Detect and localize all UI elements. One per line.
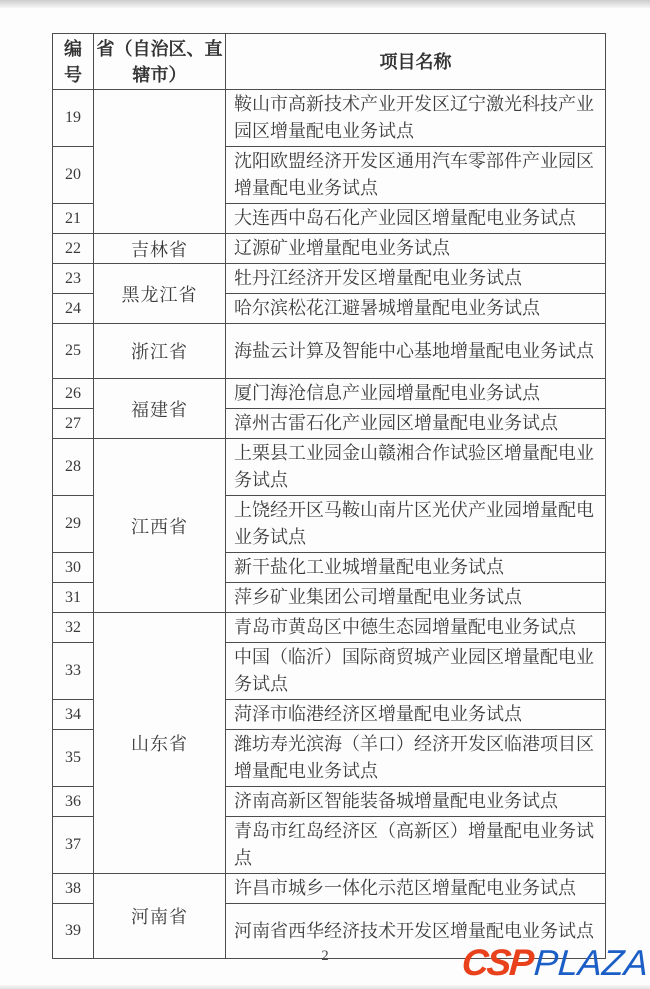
- project-cell: 菏泽市临港经济区增量配电业务试点: [226, 700, 606, 730]
- row-number-cell: 27: [53, 409, 94, 439]
- table-row: 25 浙江省 海盐云计算及智能中心基地增量配电业务试点: [53, 324, 606, 379]
- table-header-row: 编号 省（自治区、直辖市） 项目名称: [53, 34, 606, 90]
- province-cell: 黑龙江省: [94, 264, 226, 324]
- project-cell: 萍乡矿业集团公司增量配电业务试点: [226, 583, 606, 613]
- row-number-cell: 35: [53, 730, 94, 787]
- table-row: 22 吉林省 辽源矿业增量配电业务试点: [53, 234, 606, 264]
- logo-plaza-text: PLAZA: [533, 942, 650, 983]
- project-cell: 哈尔滨松花江避暑城增量配电业务试点: [226, 294, 606, 324]
- row-number-cell: 19: [53, 90, 94, 147]
- row-number-cell: 29: [53, 496, 94, 553]
- project-cell: 牡丹江经济开发区增量配电业务试点: [226, 264, 606, 294]
- table-row: 28 江西省 上栗县工业园金山赣湘合作试验区增量配电业务试点: [53, 439, 606, 496]
- row-number-cell: 24: [53, 294, 94, 324]
- row-number-cell: 31: [53, 583, 94, 613]
- table-row: 19 鞍山市高新技术产业开发区辽宁激光科技产业园区增量配电业务试点: [53, 90, 606, 147]
- project-cell: 沈阳欧盟经济开发区通用汽车零部件产业园区增量配电业务试点: [226, 147, 606, 204]
- row-number-cell: 36: [53, 787, 94, 817]
- table-row: 23 黑龙江省 牡丹江经济开发区增量配电业务试点: [53, 264, 606, 294]
- row-number-cell: 21: [53, 204, 94, 234]
- row-number-cell: 38: [53, 874, 94, 904]
- row-number-cell: 34: [53, 700, 94, 730]
- row-number-cell: 25: [53, 324, 94, 379]
- project-cell: 厦门海沧信息产业园增量配电业务试点: [226, 379, 606, 409]
- row-number-cell: 20: [53, 147, 94, 204]
- scan-artifact-top: [0, 0, 650, 8]
- col-header-province: 省（自治区、直辖市）: [94, 34, 226, 90]
- row-number-cell: 32: [53, 613, 94, 643]
- province-cell: 吉林省: [94, 234, 226, 264]
- project-cell: 海盐云计算及智能中心基地增量配电业务试点: [226, 324, 606, 379]
- row-number-cell: 30: [53, 553, 94, 583]
- province-cell: 河南省: [94, 874, 226, 959]
- csp-plaza-logo: CSPPLAZA: [460, 942, 649, 984]
- province-cell: 浙江省: [94, 324, 226, 379]
- scan-artifact-bottom: [0, 985, 650, 989]
- table-row: 32 山东省 青岛市黄岛区中德生态园增量配电业务试点: [53, 613, 606, 643]
- col-header-number: 编号: [53, 34, 94, 90]
- row-number-cell: 23: [53, 264, 94, 294]
- project-cell: 鞍山市高新技术产业开发区辽宁激光科技产业园区增量配电业务试点: [226, 90, 606, 147]
- province-cell: 山东省: [94, 613, 226, 874]
- project-cell: 上栗县工业园金山赣湘合作试验区增量配电业务试点: [226, 439, 606, 496]
- row-number-cell: 26: [53, 379, 94, 409]
- province-cell: [94, 90, 226, 234]
- project-cell: 济南高新区智能装备城增量配电业务试点: [226, 787, 606, 817]
- row-number-cell: 33: [53, 643, 94, 700]
- project-cell: 漳州古雷石化产业园区增量配电业务试点: [226, 409, 606, 439]
- table-row: 38 河南省 许昌市城乡一体化示范区增量配电业务试点: [53, 874, 606, 904]
- logo-csp-text: CSP: [460, 942, 533, 983]
- project-cell: 许昌市城乡一体化示范区增量配电业务试点: [226, 874, 606, 904]
- project-cell: 新干盐化工业城增量配电业务试点: [226, 553, 606, 583]
- row-number-cell: 28: [53, 439, 94, 496]
- project-cell: 潍坊寿光滨海（羊口）经济开发区临港项目区增量配电业务试点: [226, 730, 606, 787]
- project-cell: 青岛市黄岛区中德生态园增量配电业务试点: [226, 613, 606, 643]
- table-row: 26 福建省 厦门海沧信息产业园增量配电业务试点: [53, 379, 606, 409]
- project-cell: 上饶经开区马鞍山南片区光伏产业园增量配电业务试点: [226, 496, 606, 553]
- pilot-projects-table: 编号 省（自治区、直辖市） 项目名称 19 鞍山市高新技术产业开发区辽宁激光科技…: [52, 33, 606, 959]
- col-header-project: 项目名称: [226, 34, 606, 90]
- province-cell: 福建省: [94, 379, 226, 439]
- row-number-cell: 22: [53, 234, 94, 264]
- project-cell: 辽源矿业增量配电业务试点: [226, 234, 606, 264]
- project-cell: 青岛市红岛经济区（高新区）增量配电业务试点: [226, 817, 606, 874]
- project-cell: 中国（临沂）国际商贸城产业园区增量配电业务试点: [226, 643, 606, 700]
- province-cell: 江西省: [94, 439, 226, 613]
- project-cell: 大连西中岛石化产业园区增量配电业务试点: [226, 204, 606, 234]
- row-number-cell: 37: [53, 817, 94, 874]
